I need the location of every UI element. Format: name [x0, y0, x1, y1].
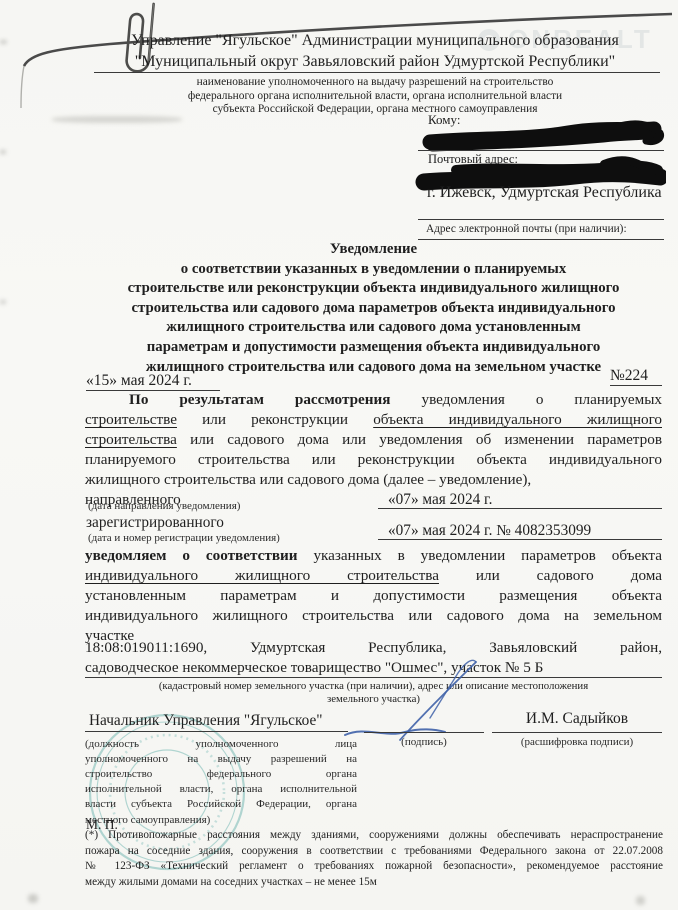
body-p1-line3: строительства или садового дома или увед… — [85, 430, 662, 450]
body-p2-line2: индивидуального жилищного строительства … — [85, 566, 662, 586]
position-caption-line: уполномоченного на выдачу разрешений на — [85, 752, 357, 767]
body-p2-line3: установленным параметрам и допустимости … — [85, 586, 662, 606]
header-caption-line: наименование уполномоченного на выдачу р… — [88, 76, 662, 90]
body-p1-line1: По результатам рассмотрения уведомления … — [85, 390, 662, 410]
body-p1-line4: планируемого строительства или реконстру… — [85, 450, 662, 470]
signature-line — [364, 712, 484, 733]
doc-title-line: параметрам и допустимости размещения объ… — [85, 338, 662, 358]
sent-date-value: «07» мая 2024 г. — [378, 491, 662, 509]
body-p1-line2: строительстве или реконструкции объекта … — [85, 410, 662, 430]
scan-mark — [28, 894, 38, 903]
doc-date: «15» мая 2024 г. — [86, 372, 220, 391]
name-caption: (расшифровка подписи) — [492, 736, 662, 748]
header-caption-line: субъекта Российской Федерации, органа ме… — [88, 103, 662, 117]
signature-caption: (подпись) — [364, 736, 484, 748]
scan-mark — [0, 40, 7, 44]
signature-ink — [330, 650, 505, 750]
underlined-phrase: объекта индивидуального жилищного — [373, 411, 662, 428]
position-caption-line: (должность уполномоченного лица — [85, 737, 357, 752]
doc-title-line: Уведомление — [85, 240, 662, 260]
recipient-city-underline — [418, 203, 664, 220]
signer-name: И.М. Садыйков — [492, 710, 662, 733]
body-p2-line4: индивидуального жилищного строительства … — [85, 606, 662, 626]
header-underline — [94, 56, 660, 73]
scan-mark — [636, 896, 645, 905]
header-org-line1: Управление "Ягульское" Администрации мун… — [88, 30, 662, 51]
sent-date-caption: (дата направления уведомления) — [88, 500, 240, 512]
scan-smudge — [52, 116, 182, 123]
bold-phrase: уведомляем о соответствии — [85, 547, 298, 564]
doc-title-line: строительстве или реконструкции объекта … — [85, 279, 662, 299]
footnote-line: № 123-ФЗ «Технический регламент о требов… — [85, 859, 663, 875]
footnote-line: между жилыми домами на соседних участках… — [85, 875, 663, 891]
footnote-line: пожара на соседние здания, сооружения в … — [85, 844, 663, 860]
underlined-phrase: строительстве — [85, 411, 177, 428]
position-caption-line: власти субъекта Российской Федерации, ор… — [85, 797, 357, 812]
footnote-line: (*) Противопожарные расстояния между зда… — [85, 828, 663, 844]
text-segment: или садового дома — [476, 567, 662, 584]
reg-caption: (дата и номер регистрации уведомления) — [88, 532, 280, 544]
header-caption-line: федерального органа исполнительной власт… — [88, 90, 662, 104]
doc-number: №224 — [610, 367, 662, 386]
underlined-phrase: строительства — [85, 431, 177, 448]
position-caption-line: исполнительной власти, органа исполнител… — [85, 782, 357, 797]
doc-title-line: жилищного строительства или садового дом… — [85, 318, 662, 338]
position-caption-line: строительство федерального органа — [85, 767, 357, 782]
body-p2-line1: уведомляем о соответствии указанных в ув… — [85, 546, 662, 566]
recipient-name-underline — [418, 134, 664, 151]
body-p1-line5: жилищного строительства или садового дом… — [85, 470, 662, 490]
text-segment: уведомления о планируемых — [421, 391, 662, 408]
text-segment: или реконструкции — [202, 411, 348, 428]
position-caption-line: местного самоуправления) — [85, 813, 357, 828]
scanned-document-page: ONREALT Управление "Ягульское" Администр… — [0, 0, 678, 910]
signer-position: Начальник Управления "Ягульское" — [85, 712, 348, 732]
doc-title-line: о соответствии указанных в уведомлении о… — [85, 260, 662, 280]
scan-mark — [0, 300, 6, 304]
scan-mark — [0, 150, 6, 154]
registered-label: зарегистрированного — [86, 514, 224, 532]
recipient-email-underline — [418, 226, 664, 240]
underlined-phrase: индивидуального жилищного строительства — [85, 567, 439, 584]
recipient-city: г. Ижевск, Удмуртская Республика — [427, 184, 664, 202]
doc-title-line: строительства или садового дома параметр… — [85, 299, 662, 319]
reg-date-value: «07» мая 2024 г. № 4082353099 — [378, 522, 662, 540]
bold-phrase: По результатам рассмотрения — [129, 391, 391, 408]
text-segment: указанных в уведомлении параметров объек… — [313, 547, 662, 564]
text-segment: или садового дома или уведомления об изм… — [190, 431, 662, 448]
